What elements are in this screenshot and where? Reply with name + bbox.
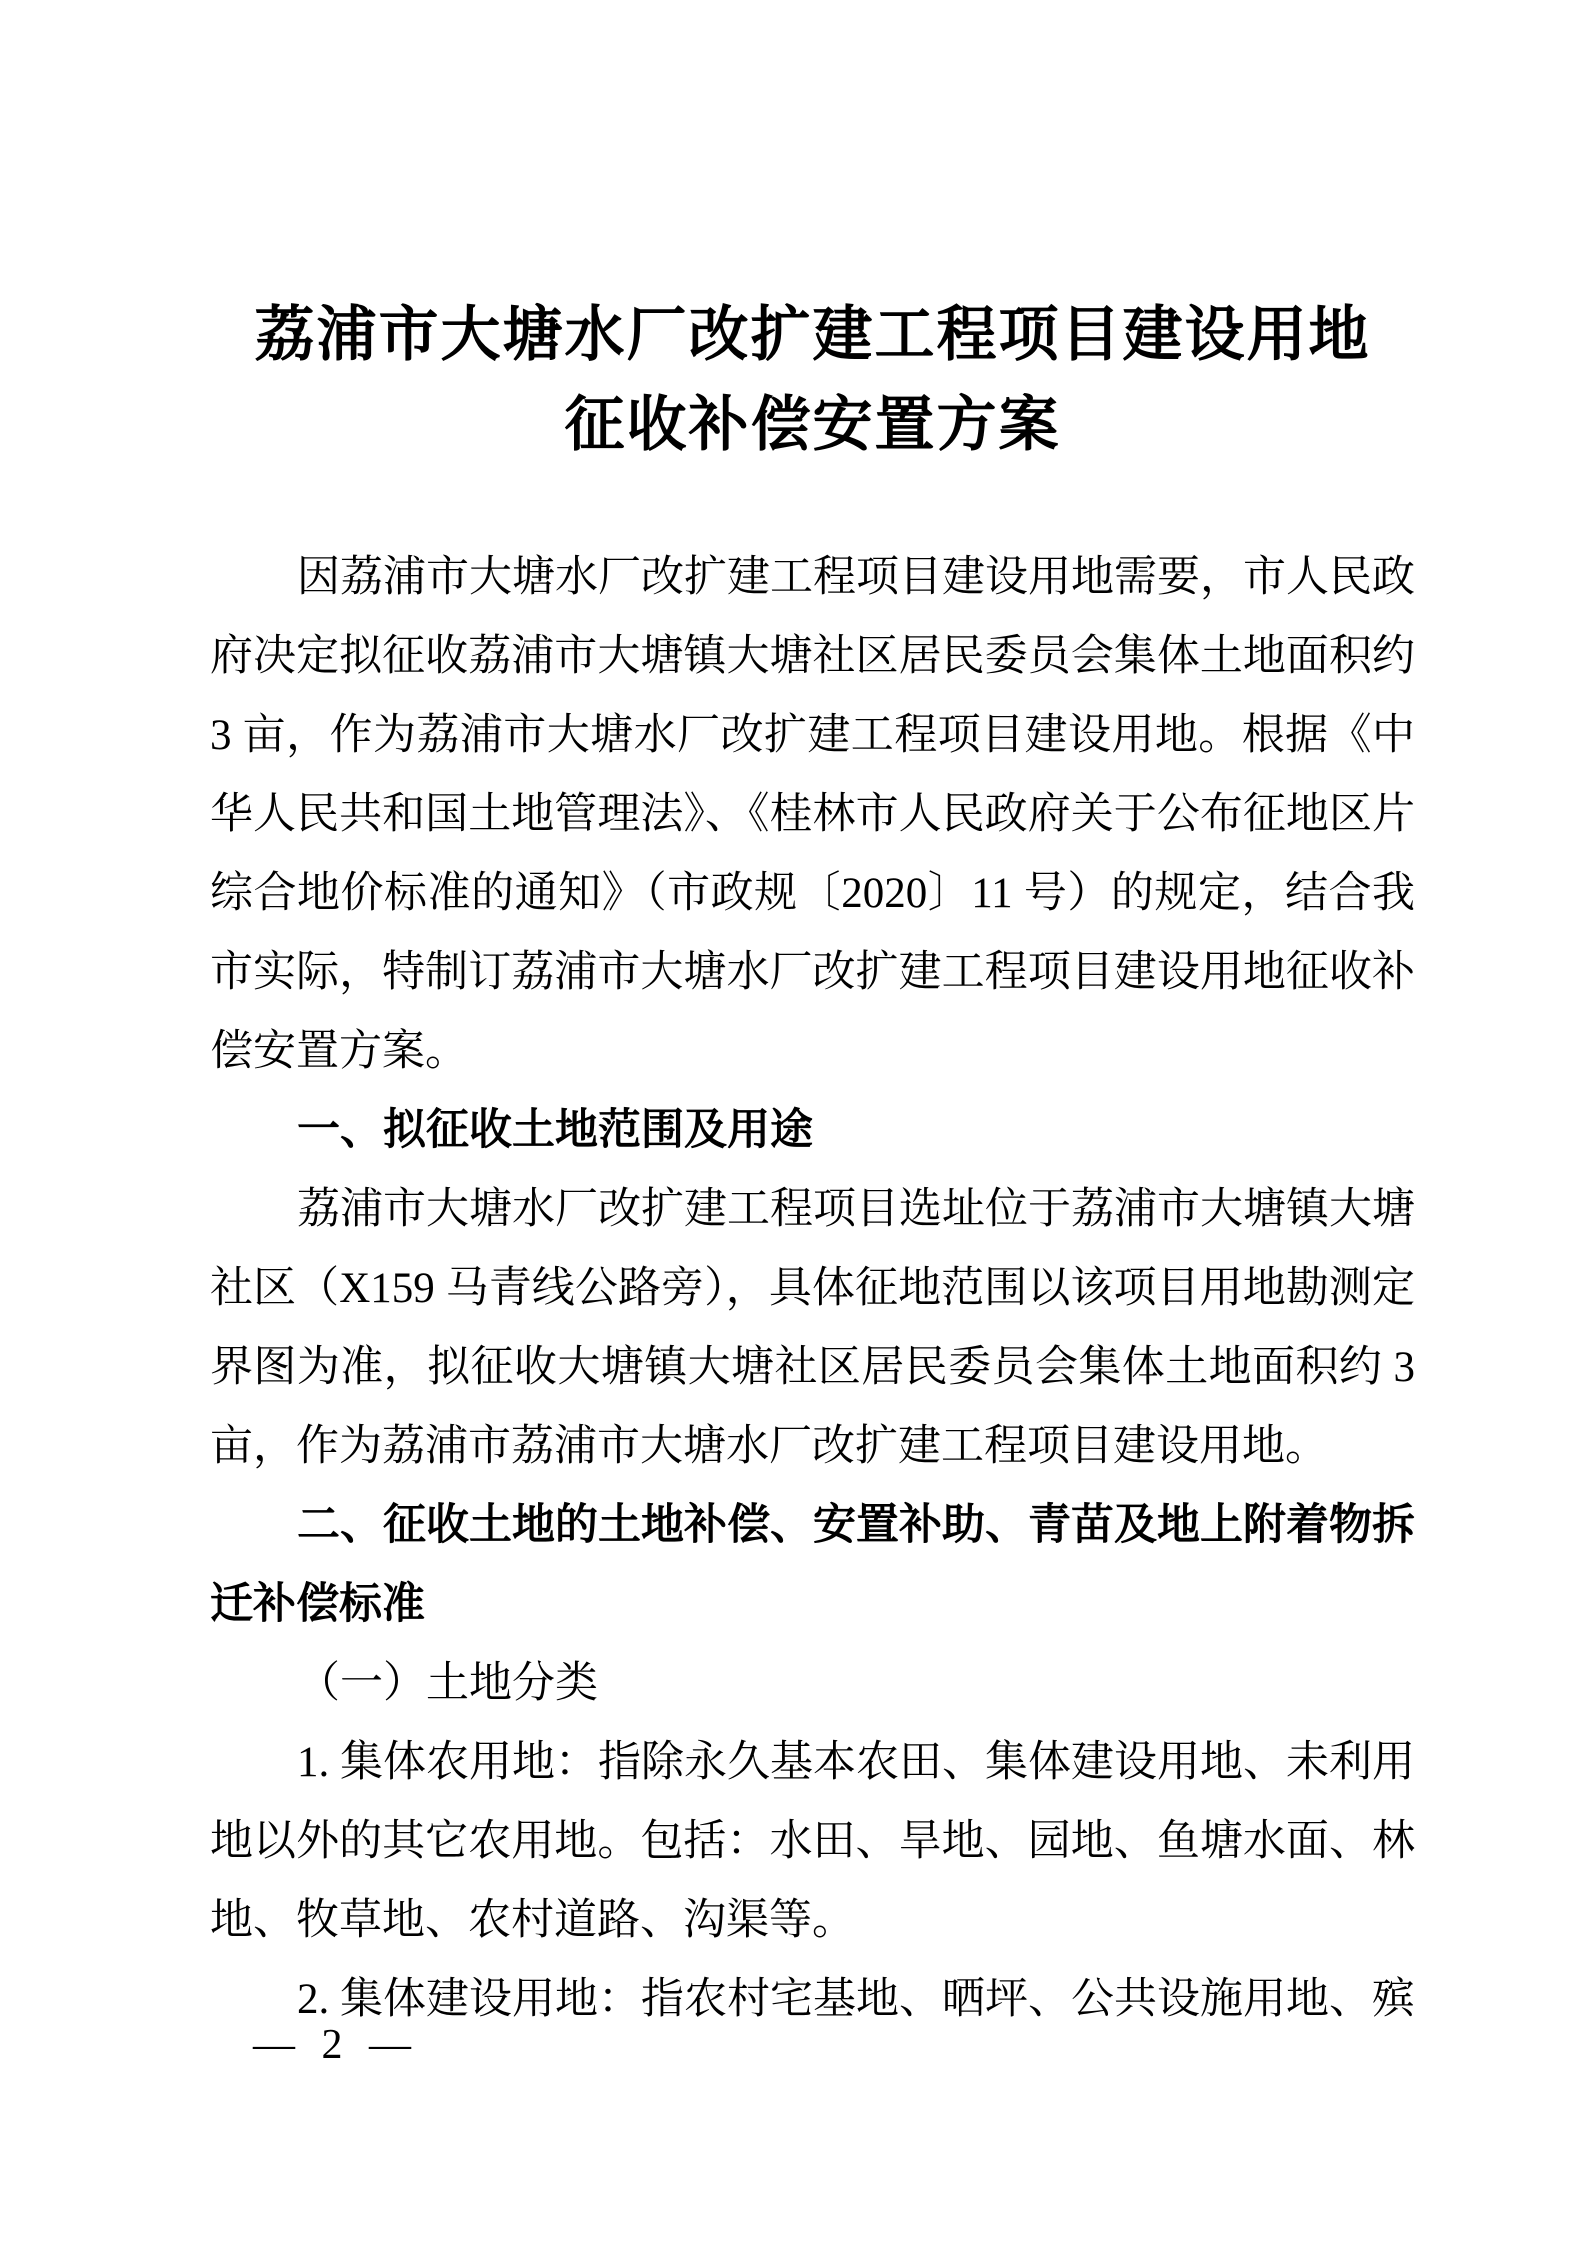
section-heading-line: 一、拟征收土地范围及用途 — [210, 1091, 1415, 1170]
body-text-line: 华人民共和国土地管理法》、《桂林市人民政府关于公布征地区片 — [210, 775, 1415, 854]
body-text-line: 地以外的其它农用地。包括：水田、旱地、园地、鱼塘水面、林 — [210, 1802, 1415, 1881]
body-text-line: 因荔浦市大塘水厂改扩建工程项目建设用地需要，市人民政 — [210, 538, 1415, 617]
section-heading-line: 二、征收土地的土地补偿、安置补助、青苗及地上附着物拆 — [210, 1486, 1415, 1565]
body-text-line: 地、牧草地、农村道路、沟渠等。 — [210, 1881, 1415, 1960]
document-body: 因荔浦市大塘水厂改扩建工程项目建设用地需要，市人民政府决定拟征收荔浦市大塘镇大塘… — [210, 538, 1415, 2039]
body-text-line: 荔浦市大塘水厂改扩建工程项目选址位于荔浦市大塘镇大塘 — [210, 1170, 1415, 1249]
body-text-line: 府决定拟征收荔浦市大塘镇大塘社区居民委员会集体土地面积约 — [210, 617, 1415, 696]
document-title-line-2: 征收补偿安置方案 — [210, 380, 1415, 470]
body-text-line: 偿安置方案。 — [210, 1012, 1415, 1091]
body-text-line: 界图为准，拟征收大塘镇大塘社区居民委员会集体土地面积约 3 — [210, 1328, 1415, 1407]
body-text-line: 亩，作为荔浦市荔浦市大塘水厂改扩建工程项目建设用地。 — [210, 1407, 1415, 1486]
document-page: 荔浦市大塘水厂改扩建工程项目建设用地 征收补偿安置方案 因荔浦市大塘水厂改扩建工… — [0, 0, 1587, 2245]
body-text-line: 3 亩，作为荔浦市大塘水厂改扩建工程项目建设用地。根据《中 — [210, 696, 1415, 775]
body-text-line: （一）土地分类 — [210, 1644, 1415, 1723]
body-text-line: 1. 集体农用地：指除永久基本农田、集体建设用地、未利用 — [210, 1723, 1415, 1802]
document-title: 荔浦市大塘水厂改扩建工程项目建设用地 征收补偿安置方案 — [210, 290, 1415, 470]
body-text-line: 社区（X159 马青线公路旁），具体征地范围以该项目用地勘测定 — [210, 1249, 1415, 1328]
section-heading-line: 迁补偿标准 — [210, 1565, 1415, 1644]
body-text-line: 市实际，特制订荔浦市大塘水厂改扩建工程项目建设用地征收补 — [210, 933, 1415, 1012]
page-number: — 2 — — [253, 2006, 419, 2085]
document-title-line-1: 荔浦市大塘水厂改扩建工程项目建设用地 — [210, 290, 1415, 380]
body-text-line: 综合地价标准的通知》（市政规〔2020〕11 号）的规定，结合我 — [210, 854, 1415, 933]
